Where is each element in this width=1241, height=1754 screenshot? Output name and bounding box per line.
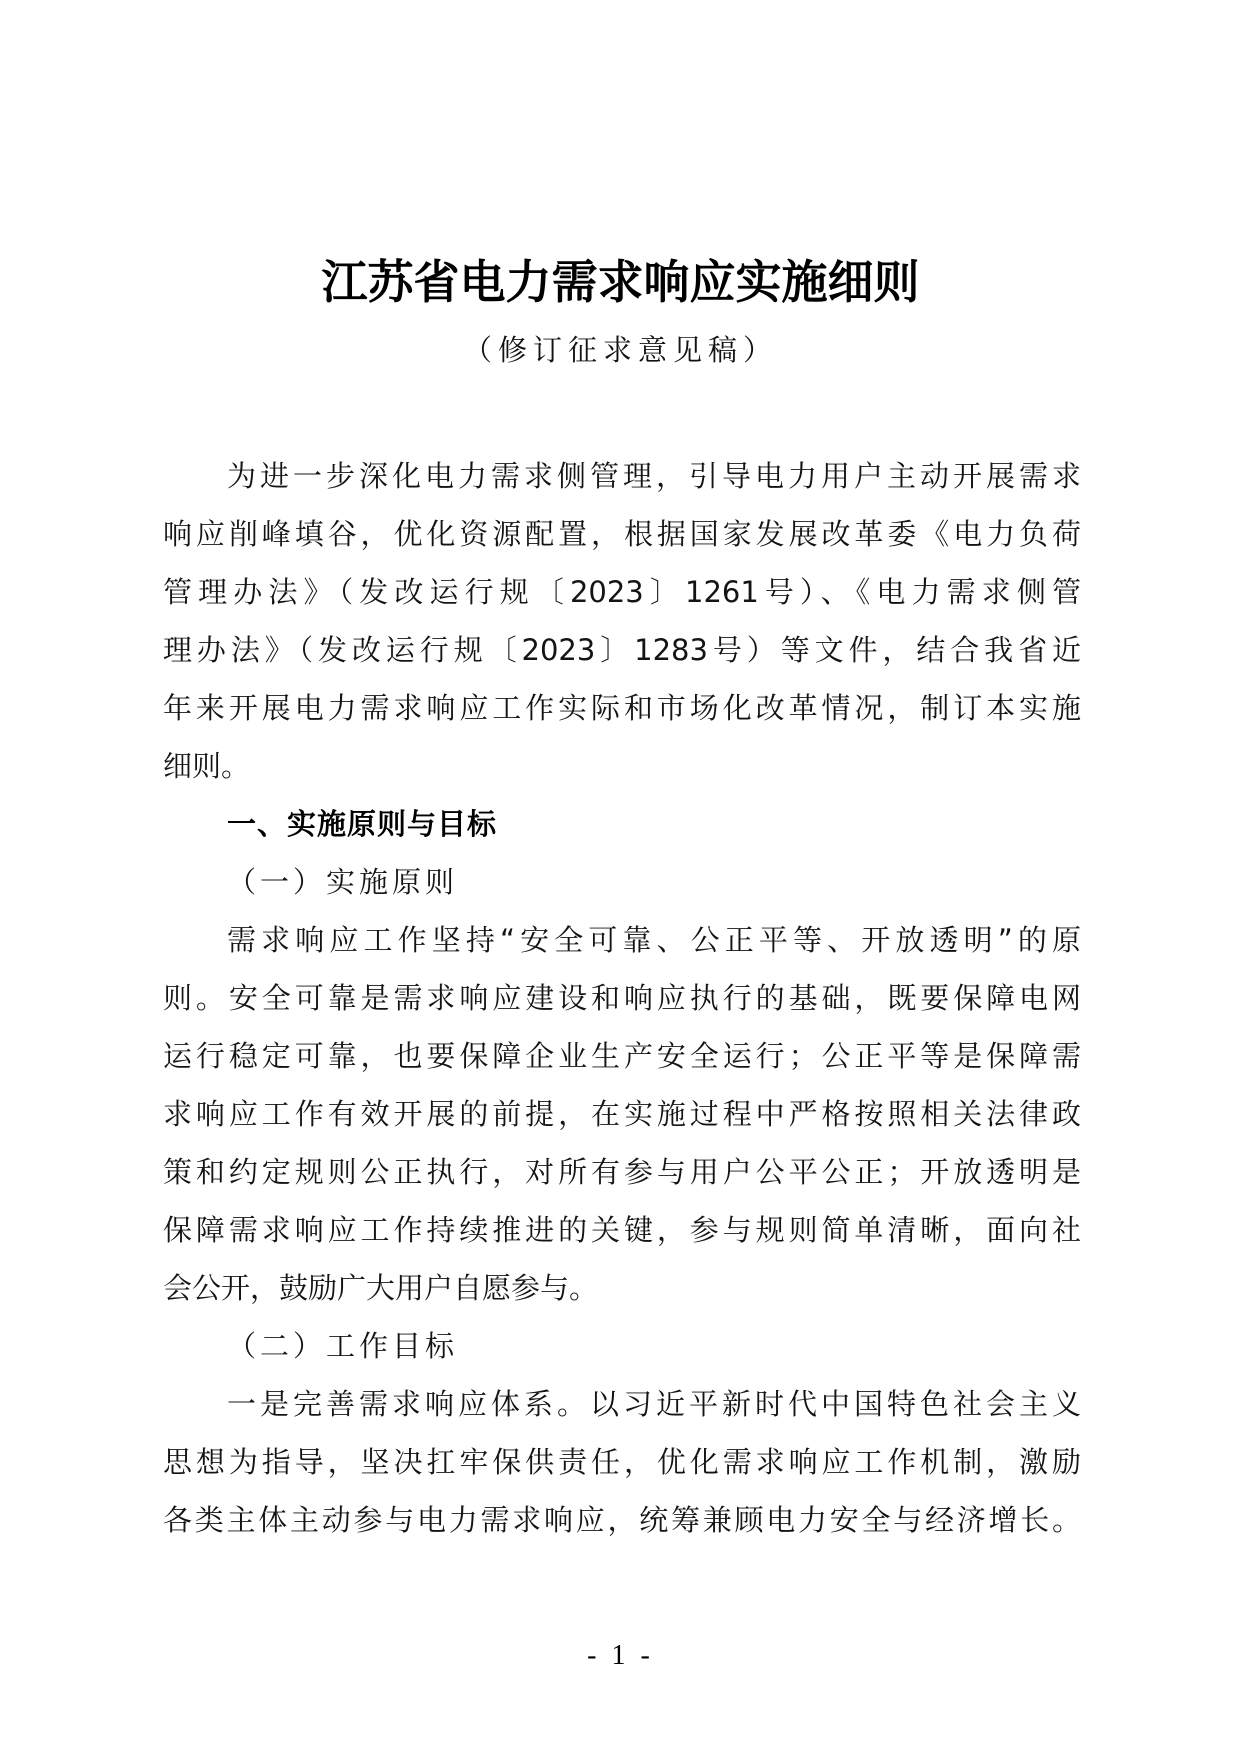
body-line: 思想为指导，坚决扛牢保供责任，优化需求响应工作机制，激励 [163, 1433, 1081, 1491]
body-line: 需求响应工作坚持“安全可靠、公正平等、开放透明”的原 [163, 911, 1081, 969]
body-line: 响应削峰填谷，优化资源配置，根据国家发展改革委《电力负荷 [163, 505, 1081, 563]
document-title: 江苏省电力需求响应实施细则 [0, 252, 1241, 312]
body-line: 年来开展电力需求响应工作实际和市场化改革情况，制订本实施 [163, 679, 1081, 737]
document-body: 为进一步深化电力需求侧管理，引导电力用户主动开展需求 响应削峰填谷，优化资源配置… [163, 447, 1081, 1549]
subsection-heading: （二）工作目标 [163, 1317, 1081, 1375]
body-line: 策和约定规则公正执行，对所有参与用户公平公正；开放透明是 [163, 1143, 1081, 1201]
section-heading: 一、实施原则与目标 [163, 795, 1081, 853]
body-line: 求响应工作有效开展的前提，在实施过程中严格按照相关法律政 [163, 1085, 1081, 1143]
body-line: 管理办法》（发改运行规〔2023〕1261号）、《电力需求侧管 [163, 563, 1081, 621]
body-line: 保障需求响应工作持续推进的关键，参与规则简单清晰，面向社 [163, 1201, 1081, 1259]
body-line: 理办法》（发改运行规〔2023〕1283号）等文件，结合我省近 [163, 621, 1081, 679]
body-line: 各类主体主动参与电力需求响应，统筹兼顾电力安全与经济增长。 [163, 1491, 1081, 1549]
page-number: - 1 - [0, 1636, 1241, 1676]
body-line: 为进一步深化电力需求侧管理，引导电力用户主动开展需求 [163, 447, 1081, 505]
document-subtitle: （修订征求意见稿） [0, 330, 1241, 370]
body-line: 一是完善需求响应体系。以习近平新时代中国特色社会主义 [163, 1375, 1081, 1433]
body-line: 则。安全可靠是需求响应建设和响应执行的基础，既要保障电网 [163, 969, 1081, 1027]
body-line: 细则。 [163, 737, 1081, 795]
body-line: 运行稳定可靠，也要保障企业生产安全运行；公正平等是保障需 [163, 1027, 1081, 1085]
subsection-heading: （一）实施原则 [163, 853, 1081, 911]
document-page: 江苏省电力需求响应实施细则 （修订征求意见稿） 为进一步深化电力需求侧管理，引导… [0, 0, 1241, 1754]
body-line: 会公开，鼓励广大用户自愿参与。 [163, 1259, 1081, 1317]
